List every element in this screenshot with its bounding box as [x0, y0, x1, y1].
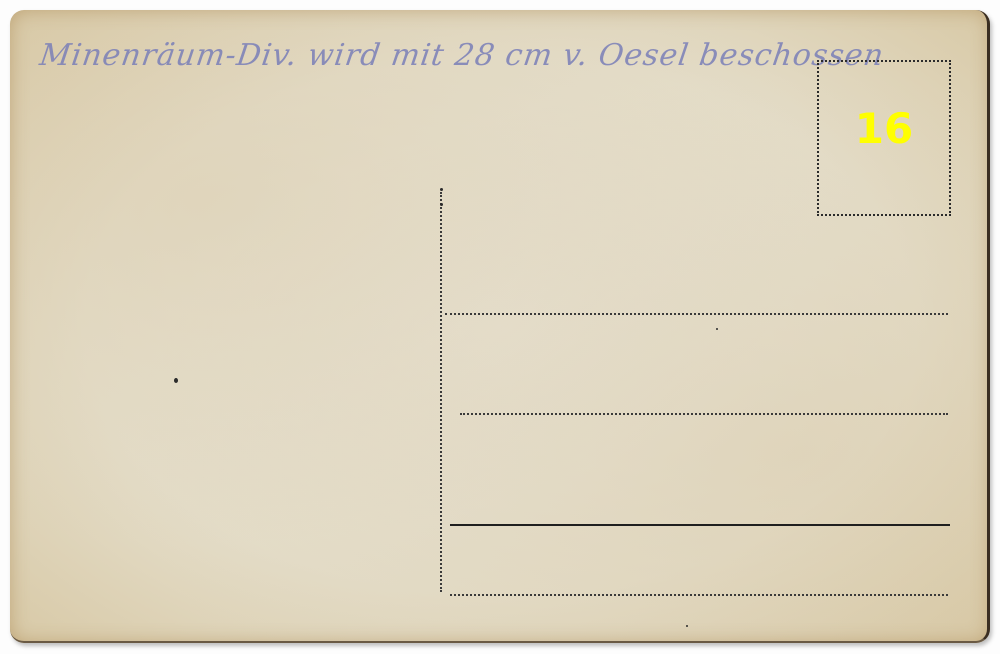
paper-speck — [440, 188, 443, 191]
address-line-1 — [445, 313, 948, 315]
paper-speck — [174, 378, 178, 383]
paper-speck — [440, 203, 443, 206]
vertical-divider — [440, 192, 442, 592]
address-line-2 — [460, 413, 948, 415]
paper-speck — [716, 328, 718, 330]
address-line-4 — [450, 594, 948, 596]
postcard: Minenräum-Div. wird mit 28 cm v. Oesel b… — [10, 10, 990, 643]
stamp-number-label: 16 — [819, 104, 949, 153]
paper-speck — [686, 625, 688, 627]
stamp-box: 16 — [817, 60, 951, 216]
address-line-3 — [450, 524, 950, 526]
